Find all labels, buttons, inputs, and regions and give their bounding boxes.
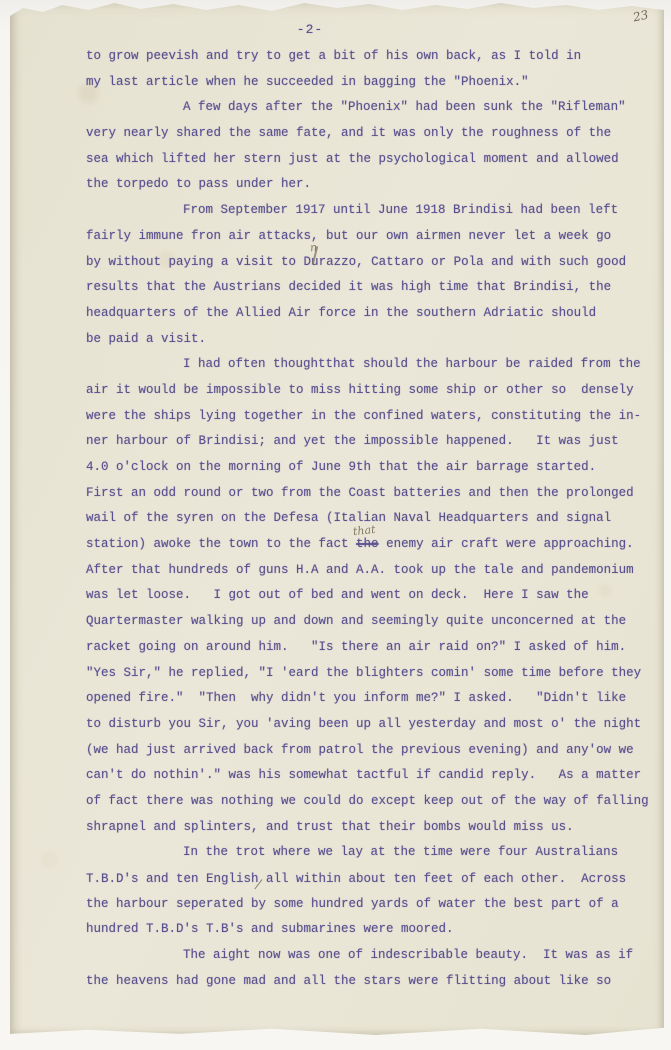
text-run: I had often thoughtthat should the harbo… — [183, 357, 641, 371]
text-line: to grow peevish and try to get a bit of … — [86, 44, 666, 70]
text-run: of fact there was nothing we could do ex… — [86, 794, 649, 808]
text-run: "Yes Sir," he replied, "I 'eard the blig… — [86, 666, 641, 680]
text-run: all within about ten feet of each other.… — [259, 872, 627, 886]
scan-background: { "page": { "page_number": "-2-", "corne… — [0, 0, 671, 1050]
text-run: my last article when he succeeded in bag… — [86, 75, 529, 89]
text-line: opened fire." "Then why didn't you infor… — [86, 686, 666, 712]
text-run: The aight now was one of indescribable b… — [183, 948, 633, 962]
text-run: 4.0 o'clock on the morning of June 9th t… — [86, 460, 596, 474]
corrected-letter: un — [311, 250, 319, 276]
text-run: very nearly shared the same fate, and it… — [86, 126, 611, 140]
text-line: A few days after the "Phoenix" had been … — [86, 95, 666, 121]
text-run: the harbour seperated by some hundred ya… — [86, 897, 619, 911]
text-run: by without paying a visit to D — [86, 255, 311, 269]
text-run: hundred T.B.D's T.B's and submarines wer… — [86, 922, 454, 936]
text-line: First an odd round or two from the Coast… — [86, 481, 666, 507]
text-line: air it would be impossible to miss hitti… — [86, 378, 666, 404]
text-line: the torpedo to pass under her. — [86, 172, 666, 198]
text-line: 4.0 o'clock on the morning of June 9th t… — [86, 455, 666, 481]
text-line: (we had just arrived back from patrol th… — [86, 738, 666, 764]
text-run: opened fire." "Then why didn't you infor… — [86, 691, 626, 705]
text-line: the heavens had gone mad and all the sta… — [86, 969, 666, 995]
text-line: In the trot where we lay at the time wer… — [86, 840, 666, 866]
text-run: to disturb you Sir, you 'aving been up a… — [86, 717, 641, 731]
text-run: can't do nothin'." was his somewhat tact… — [86, 768, 641, 782]
corrected-word: thethat — [356, 532, 379, 558]
text-run: was let loose. I got out of bed and went… — [86, 588, 589, 602]
text-run: sea which lifted her stern just at the p… — [86, 152, 619, 166]
document-page: -2- 23 to grow peevish and try to get a … — [10, 0, 664, 1036]
text-line: After that hundreds of guns H.A and A.A.… — [86, 558, 666, 584]
text-run: A few days after the "Phoenix" had been … — [183, 100, 626, 114]
text-line: Quartermaster walking up and down and se… — [86, 609, 666, 635]
text-line: of fact there was nothing we could do ex… — [86, 789, 666, 815]
text-line: sea which lifted her stern just at the p… — [86, 147, 666, 173]
text-run: results that the Austrians decided it wa… — [86, 280, 611, 294]
text-run: station) awoke the town to the fact — [86, 537, 356, 551]
text-line: headquarters of the Allied Air force in … — [86, 301, 666, 327]
text-line: "Yes Sir," he replied, "I 'eard the blig… — [86, 661, 666, 687]
folio-annotation: 23 — [631, 8, 649, 25]
text-line: can't do nothin'." was his somewhat tact… — [86, 763, 666, 789]
text-run: ner harbour of Brindisi; and yet the imp… — [86, 434, 619, 448]
text-line: T.B.D's and ten English/ all within abou… — [86, 866, 666, 892]
text-line: my last article when he succeeded in bag… — [86, 70, 666, 96]
text-line: ner harbour of Brindisi; and yet the imp… — [86, 429, 666, 455]
handwritten-correction: that — [352, 517, 377, 545]
text-line: results that the Austrians decided it wa… — [86, 275, 666, 301]
text-line: wail of the syren on the Defesa (Italian… — [86, 506, 666, 532]
text-run: wail of the syren on the Defesa (Italian… — [86, 511, 611, 525]
text-run: Quartermaster walking up and down and se… — [86, 614, 626, 628]
text-line: was let loose. I got out of bed and went… — [86, 583, 666, 609]
text-run: racket going on around him. "Is there an… — [86, 640, 626, 654]
text-run: First an odd round or two from the Coast… — [86, 486, 634, 500]
text-line: From September 1917 until June 1918 Brin… — [86, 198, 666, 224]
text-run: fairly immune fron air attacks, but our … — [86, 229, 611, 243]
text-run: In the trot where we lay at the time wer… — [183, 845, 618, 859]
text-run: air it would be impossible to miss hitti… — [86, 383, 634, 397]
text-line: fairly immune fron air attacks, but our … — [86, 224, 666, 250]
text-run: After that hundreds of guns H.A and A.A.… — [86, 563, 634, 577]
text-run: to grow peevish and try to get a bit of … — [86, 49, 581, 63]
text-line: hundred T.B.D's T.B's and submarines wer… — [86, 917, 666, 943]
text-line: were the ships lying together in the con… — [86, 404, 666, 430]
text-run: be paid a visit. — [86, 332, 206, 346]
text-line: to disturb you Sir, you 'aving been up a… — [86, 712, 666, 738]
text-line: shrapnel and splinters, and trust that t… — [86, 815, 666, 841]
text-run: From September 1917 until June 1918 Brin… — [183, 203, 618, 217]
text-run: razzo, Cattaro or Pola and with such goo… — [319, 255, 627, 269]
text-run: T.B.D's and ten English — [86, 872, 259, 886]
text-run: the heavens had gone mad and all the sta… — [86, 974, 611, 988]
text-run: shrapnel and splinters, and trust that t… — [86, 820, 574, 834]
text-line: very nearly shared the same fate, and it… — [86, 121, 666, 147]
text-line: the harbour seperated by some hundred ya… — [86, 892, 666, 918]
text-line: by without paying a visit to Dunrazzo, C… — [86, 250, 666, 276]
text-run: (we had just arrived back from patrol th… — [86, 743, 634, 757]
text-line: station) awoke the town to the fact thet… — [86, 532, 666, 558]
text-block: to grow peevish and try to get a bit of … — [86, 44, 666, 994]
text-run: enemy air craft were approaching. — [379, 537, 634, 551]
page-number: -2- — [0, 22, 637, 37]
text-line: The aight now was one of indescribable b… — [86, 943, 666, 969]
text-line: I had often thoughtthat should the harbo… — [86, 352, 666, 378]
text-run: headquarters of the Allied Air force in … — [86, 306, 596, 320]
text-line: be paid a visit. — [86, 327, 666, 353]
text-run: were the ships lying together in the con… — [86, 409, 641, 423]
text-line: racket going on around him. "Is there an… — [86, 635, 666, 661]
text-run: the torpedo to pass under her. — [86, 177, 311, 191]
